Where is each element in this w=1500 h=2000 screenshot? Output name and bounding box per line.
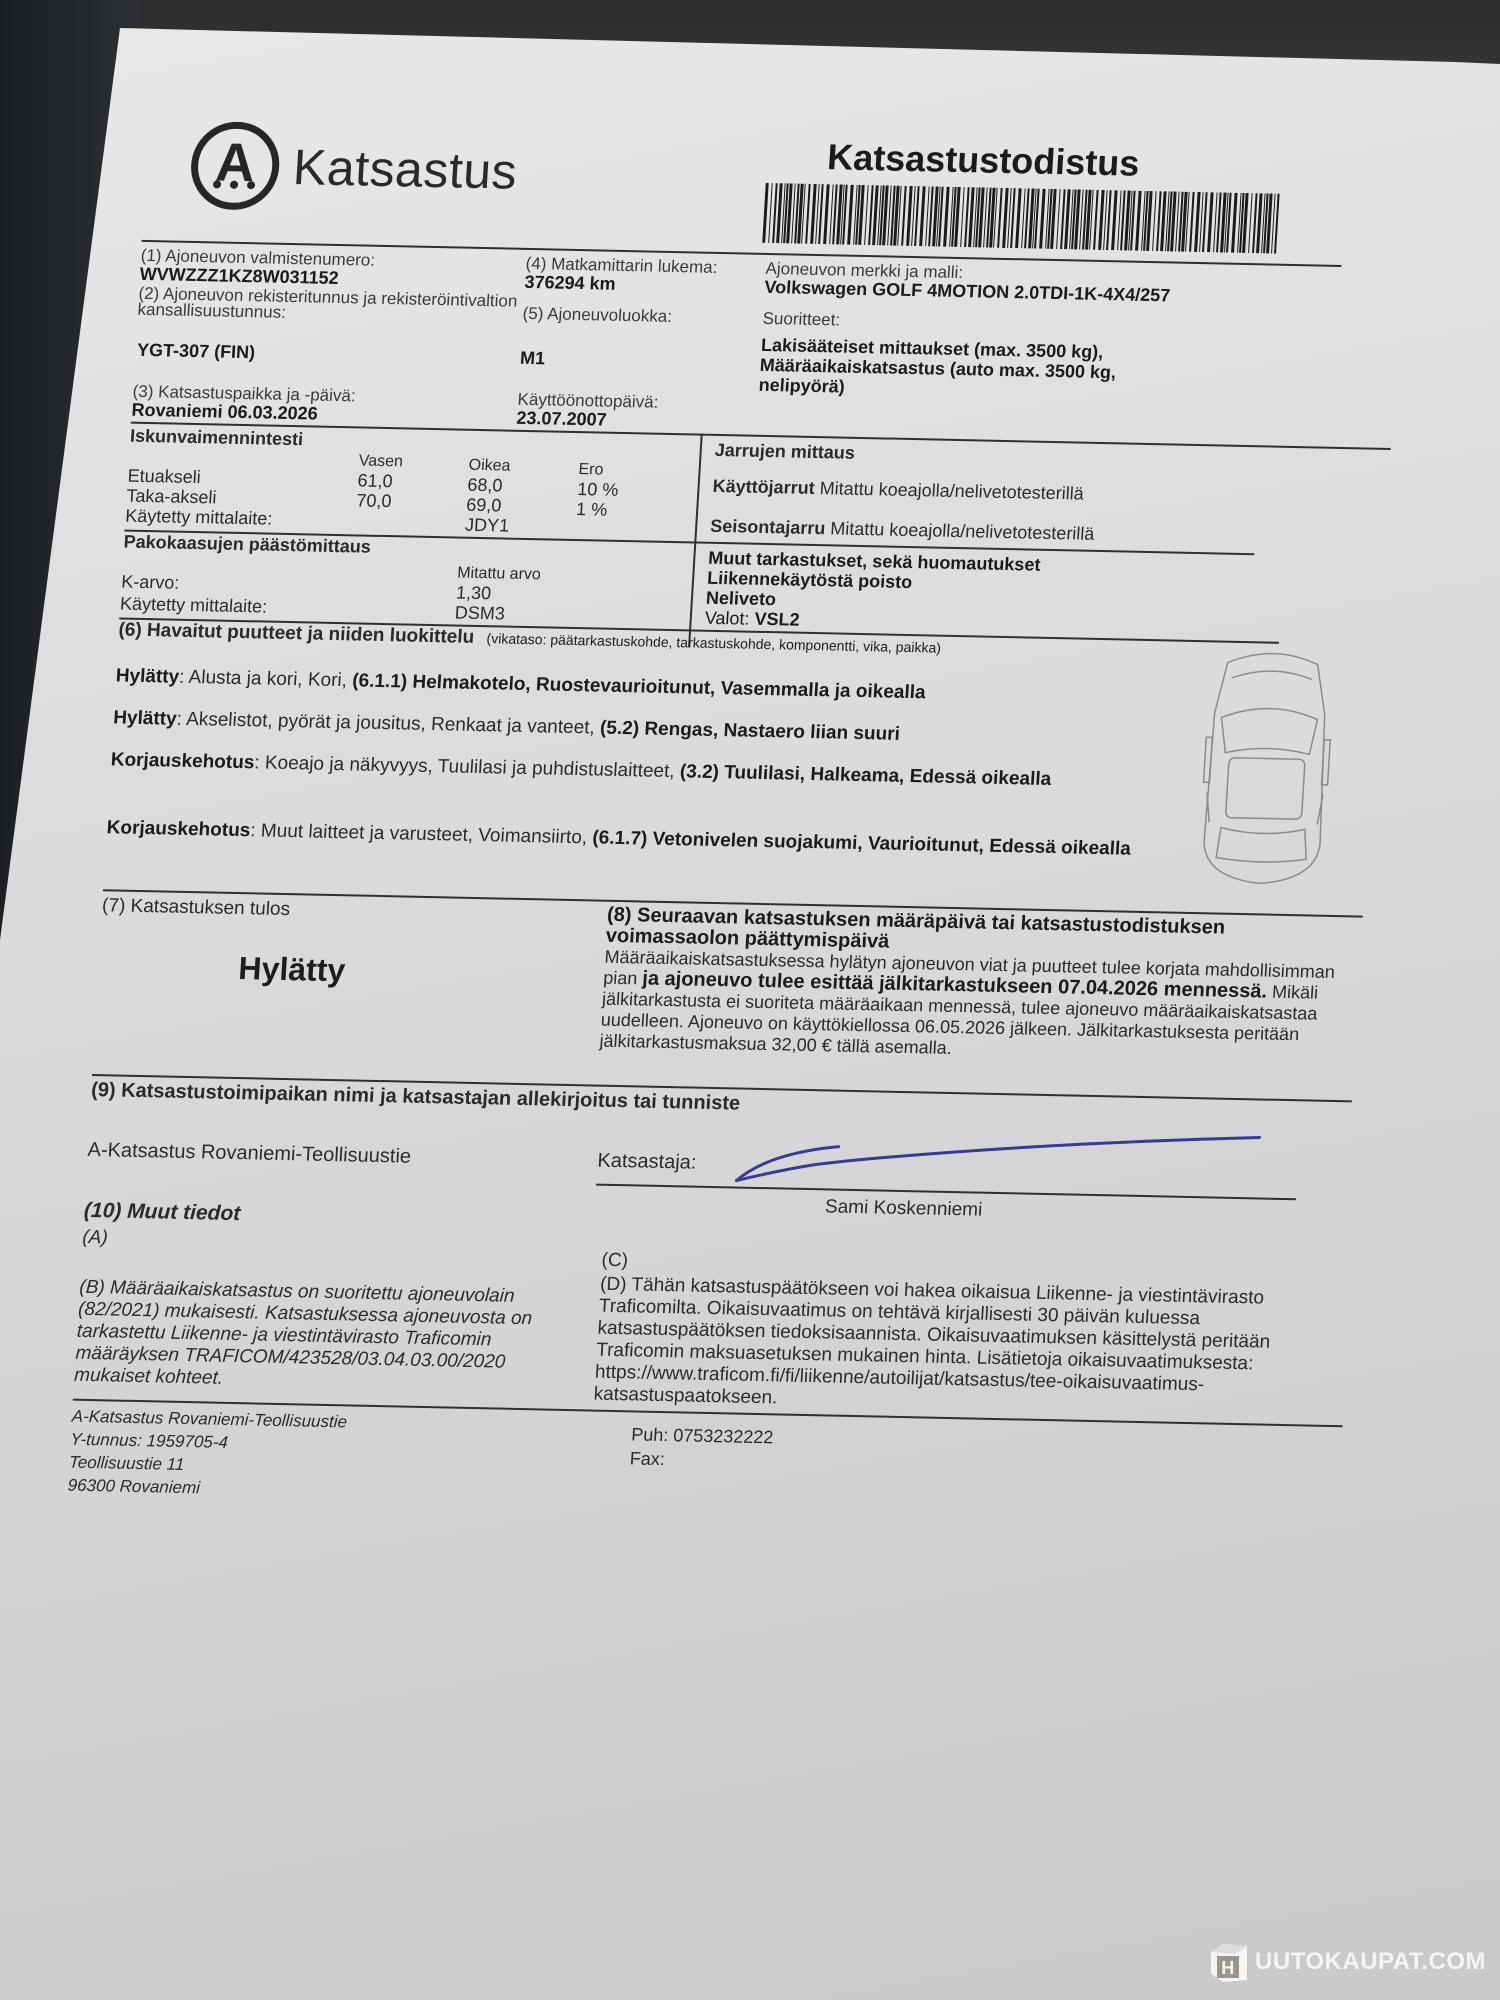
first-use-value: 23.07.2007 <box>516 408 607 431</box>
shock-row-front-label: Etuakseli <box>127 466 201 489</box>
result-title: (7) Katsastuksen tulos <box>101 895 290 921</box>
defect-detail: (3.2) Tuulilasi, Halkeama, Edessä oikeal… <box>679 761 1052 790</box>
watermark-text: UUTOKAUPAT.COM <box>1255 1948 1486 1976</box>
lights-label: Valot: <box>704 608 750 629</box>
brake-parking: Seisontajarru Mitattu koeajolla/neliveto… <box>710 516 1095 545</box>
defect-detail: (6.1.7) Vetonivelen suojakumi, Vaurioitu… <box>592 827 1132 859</box>
defect-text: : Akselistot, pyörät ja jousitus, Renkaa… <box>176 709 601 739</box>
signature-title: (9) Katsastustoimipaikan nimi ja katsast… <box>90 1079 740 1116</box>
other-info-a: (A) <box>82 1227 109 1250</box>
other-info-d: (D) Tähän katsastuspäätökseen voi hakea … <box>593 1274 1321 1421</box>
footer-city: 96300 Rovaniemi <box>67 1474 344 1503</box>
shock-device-label: Käytetty mittalaite: <box>125 506 273 530</box>
emissions-device-value: DSM3 <box>454 603 505 625</box>
document-title: Katsastustodistus <box>826 136 1141 184</box>
place-date-value: Rovaniemi 06.03.2026 <box>131 400 318 425</box>
registration-label: (2) Ajoneuvon rekisteritunnus ja rekiste… <box>137 286 559 327</box>
defect-item: Korjauskehotus: Koeajo ja näkyvyys, Tuul… <box>110 749 1191 794</box>
other-info-title: (10) Muut tiedot <box>83 1199 241 1226</box>
brake-service: Käyttöjarrut Mitattu koeajolla/nelivetot… <box>712 476 1084 505</box>
shock-row-front-left: 61,0 <box>357 470 393 492</box>
shock-row-rear-left: 70,0 <box>356 490 392 512</box>
inspector-name: Sami Koskenniemi <box>824 1196 983 1221</box>
huutokaupat-watermark: H UUTOKAUPAT.COM <box>1207 1940 1486 1984</box>
defect-text: : Muut laitteet ja varusteet, Voimansiir… <box>250 820 593 848</box>
footer-phone: Puh: 0753232222 <box>631 1422 775 1449</box>
shock-test-title: Iskunvaimennintesti <box>129 426 303 451</box>
brakes-title: Jarrujen mittaus <box>714 440 855 464</box>
shock-row-front-right: 68,0 <box>467 475 503 497</box>
defect-level: Hylätty <box>115 665 180 687</box>
defect-level: Korjauskehotus <box>106 817 251 841</box>
emissions-device-label: Käytetty mittalaite: <box>119 593 267 617</box>
shock-col-right: Oikea <box>468 457 511 476</box>
vehicle-class-value: M1 <box>519 348 545 370</box>
shock-col-left: Vasen <box>358 452 403 471</box>
a-katsastus-logo-icon: A <box>189 121 282 211</box>
defect-text: : Koeajo ja näkyvyys, Tuulilasi ja puhdi… <box>254 752 681 782</box>
other-checks: Muut tarkastukset, sekä huomautukset Lii… <box>704 548 1041 635</box>
brake-parking-value: Mitattu koeajolla/nelivetotesterillä <box>830 518 1095 544</box>
logo-text: Katsastus <box>291 138 518 201</box>
defect-text: : Alusta ja kori, Kori, <box>179 667 353 692</box>
brake-service-value: Mitattu koeajolla/nelivetotesterillä <box>819 478 1084 504</box>
defect-level: Hylätty <box>113 707 178 729</box>
defect-item: Hylätty: Akselistot, pyörät ja jousitus,… <box>113 707 1214 752</box>
inspector-label: Katsastaja: <box>597 1150 697 1174</box>
shock-device-value: JDY1 <box>464 515 509 537</box>
services-value: Lakisääteiset mittaukset (max. 3500 kg),… <box>758 335 1191 404</box>
brake-service-label: Käyttöjarrut <box>712 476 815 498</box>
defect-level: Korjauskehotus <box>110 749 255 773</box>
box-logo-icon: H <box>1207 1940 1251 1984</box>
footer-contact: Puh: 0753232222 Fax: <box>629 1422 774 1473</box>
result-value: Hylätty <box>237 950 346 989</box>
shock-col-diff: Ero <box>578 461 604 480</box>
inspection-certificate-paper: A Katsastus Katsastustodistus (1) Ajoneu… <box>0 0 1500 2000</box>
defect-item: Hylätty: Alusta ja kori, Kori, (6.1.1) H… <box>115 665 1216 710</box>
car-diagram-icon <box>1189 642 1344 895</box>
footer-address: A-Katsastus Rovaniemi-Teollisuustie Y-tu… <box>67 1405 348 1503</box>
company-logo: A Katsastus <box>189 121 520 216</box>
next-inspection: (8) Seuraavan katsastuksen määräpäivä ta… <box>599 905 1348 1067</box>
defect-item: Korjauskehotus: Muut laitteet ja varuste… <box>106 817 1197 862</box>
footer-fax: Fax: <box>629 1446 773 1473</box>
k-value-label: K-arvo: <box>121 572 180 594</box>
registration-value: YGT-307 (FIN) <box>137 340 256 363</box>
k-value: 1,30 <box>455 583 491 605</box>
brake-parking-label: Seisontajarru <box>710 516 826 538</box>
shock-row-rear-diff: 1 % <box>576 499 608 521</box>
make-model-value: Volkswagen GOLF 4MOTION 2.0TDI-1K-4X4/25… <box>764 277 1171 306</box>
defect-detail: (5.2) Rengas, Nastaero liian suuri <box>599 718 900 745</box>
defect-detail: (6.1.1) Helmakotelo, Ruostevaurioitunut,… <box>352 670 926 703</box>
odometer-value: 376294 km <box>524 272 616 295</box>
lights-value: VSL2 <box>754 609 800 630</box>
barcode-icon <box>762 183 1285 254</box>
services-label: Suoritteet: <box>762 309 841 331</box>
document-body: A Katsastus Katsastustodistus (1) Ajoneu… <box>59 100 1410 1665</box>
other-info-b: (B) Määräaikaiskatsastus on suoritettu a… <box>74 1277 560 1397</box>
svg-text:H: H <box>1221 1958 1235 1978</box>
shock-row-front-diff: 10 % <box>577 479 619 501</box>
emissions-title: Pakokaasujen päästömittaus <box>123 532 371 558</box>
shock-row-rear-right: 69,0 <box>466 495 502 517</box>
station-name: A-Katsastus Rovaniemi-Teollisuustie <box>87 1139 412 1168</box>
emissions-column: Mitattu arvo <box>457 565 542 585</box>
other-info-c: (C) <box>601 1250 629 1273</box>
vehicle-class-label: (5) Ajoneuvoluokka: <box>522 304 672 327</box>
